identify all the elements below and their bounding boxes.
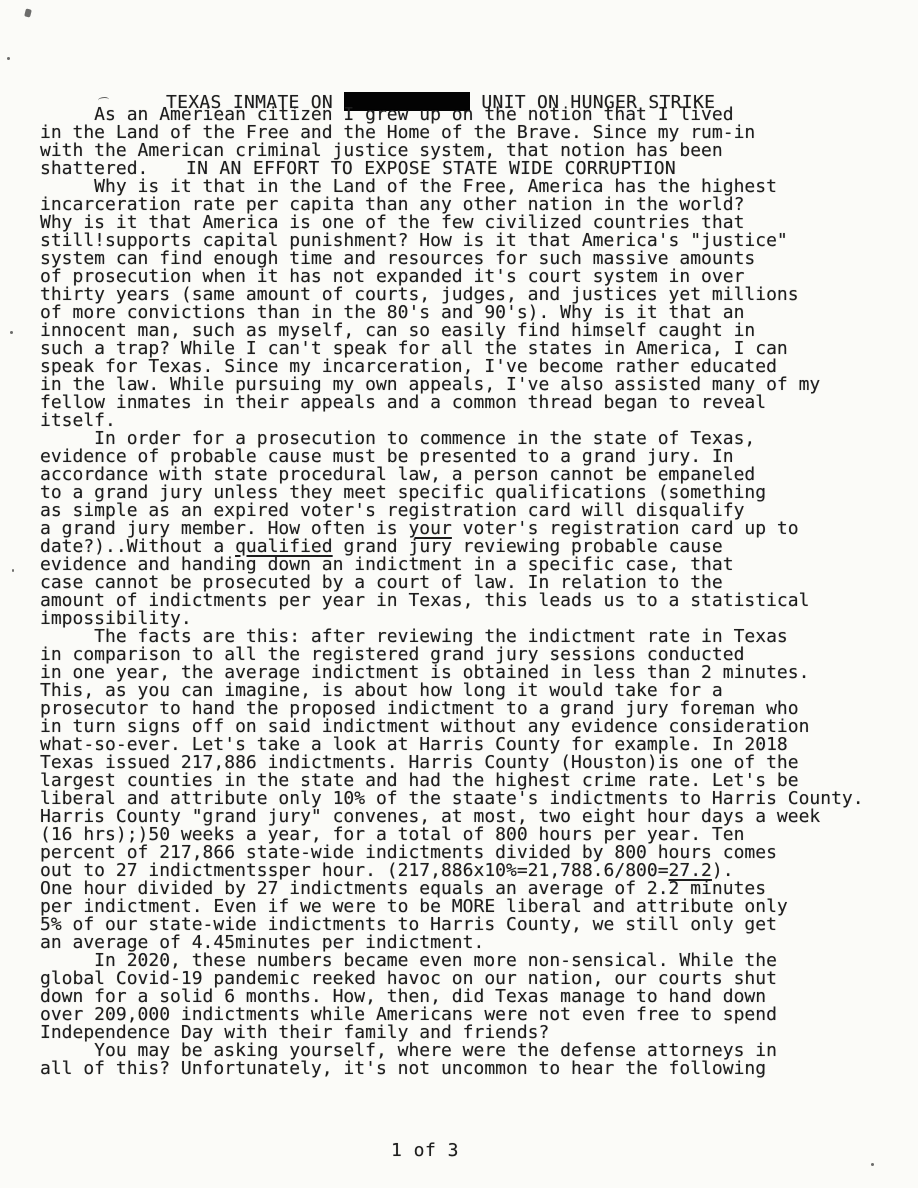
text-line: all of this? Unfortunately, it's not unc… [40, 1060, 864, 1078]
scan-artifact [7, 57, 10, 60]
scan-artifact [10, 331, 13, 334]
scan-artifact [12, 569, 14, 572]
paragraph: As an Ameriean citizen I grew up on the … [40, 106, 864, 178]
document-body: As an Ameriean citizen I grew up on the … [40, 106, 864, 1078]
paragraph: You may be asking yourself, where were t… [40, 1042, 864, 1078]
paragraph: In 2020, these numbers became even more … [40, 952, 864, 1042]
page-number: 1 of 3 [0, 1140, 850, 1161]
paragraph: In order for a prosecution to commence i… [40, 430, 864, 628]
text-line: with the American criminal justice syste… [40, 142, 864, 160]
scan-artifact [98, 97, 109, 103]
paragraph: Why is it that in the Land of the Free, … [40, 178, 864, 430]
text-line: fellow inmates in their appeals and a co… [40, 394, 864, 412]
scan-artifact [871, 1163, 874, 1166]
scanned-document-page: TEXAS INMATE ON UNIT ON HUNGER STRIKE IN… [0, 0, 918, 1188]
scan-artifact [24, 8, 32, 17]
paragraph: The facts are this: after reviewing the … [40, 628, 864, 952]
